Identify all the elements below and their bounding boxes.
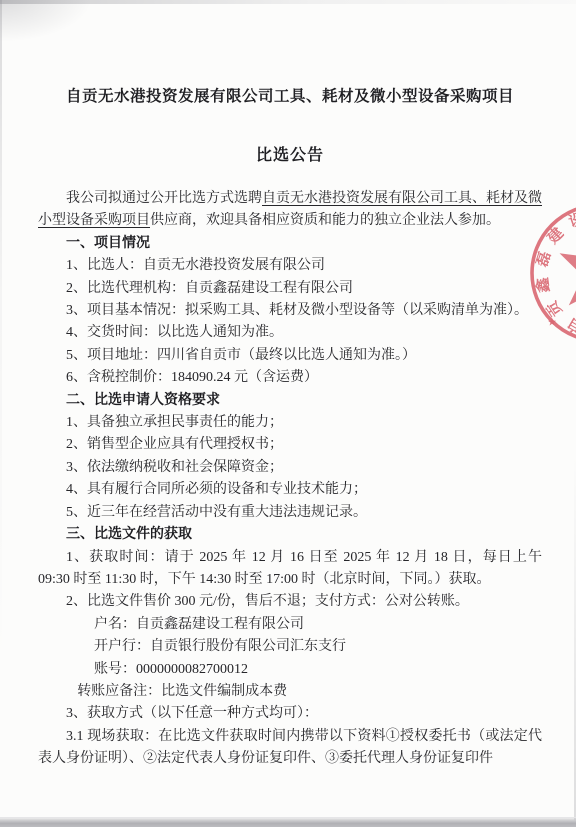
section1-heading: 一、项目情况 xyxy=(38,233,542,255)
scan-edge-bottom xyxy=(0,817,576,827)
bank-branch: 开户行：自贡银行股份有限公司汇东支行 xyxy=(38,636,542,658)
item-agency: 2、比选代理机构：自贡鑫磊建设工程有限公司 xyxy=(38,278,542,300)
req-no-violations: 5、近三年在经营活动中没有重大违法违规记录。 xyxy=(38,502,542,524)
document-body: 我公司拟通过公开比选方式选聘自贡无水港投资发展有限公司工具、耗材及微小型设备采购… xyxy=(38,188,542,771)
item-price-cap: 6、含税控制价：184090.24 元（含运费） xyxy=(38,367,542,389)
item-doc-price: 2、比选文件售价 300 元/份，售后不退；支付方式：公对公转账。 xyxy=(38,591,542,613)
document-content: 自贡无水港投资发展有限公司工具、耗材及微小型设备采购项目 比选公告 我公司拟通过… xyxy=(38,86,542,771)
intro-paragraph: 我公司拟通过公开比选方式选聘自贡无水港投资发展有限公司工具、耗材及微小型设备采购… xyxy=(38,188,542,233)
req-sales-authorization: 2、销售型企业应具有代理授权书； xyxy=(38,434,542,456)
bank-account-name: 户名：自贡鑫磊建设工程有限公司 xyxy=(38,614,542,636)
intro-suffix: 供应商，欢迎具备相应资质和能力的独立企业法人参加。 xyxy=(150,213,500,228)
seal-small-star-icon: ★ xyxy=(548,317,557,327)
scan-edge-top xyxy=(0,0,576,4)
req-tax-social-security: 3、依法缴纳税收和社会保障资金； xyxy=(38,457,542,479)
transfer-note: 转账应备注：比选文件编制成本费 xyxy=(38,681,542,703)
seal-star-icon xyxy=(553,222,576,315)
section3-heading: 三、比选文件的获取 xyxy=(38,524,542,546)
item-project-location: 5、项目地址：四川省自贡市（最终以比选人通知为准。） xyxy=(38,345,542,367)
scan-edge-left xyxy=(0,0,2,827)
page-subtitle: 比选公告 xyxy=(38,145,542,167)
intro-prefix: 我公司拟通过公开比选方式选聘 xyxy=(66,191,262,206)
section2-heading: 二、比选申请人资格要求 xyxy=(38,390,542,412)
item-delivery-time: 4、交货时间：以比选人通知为准。 xyxy=(38,322,542,344)
document-page: 自贡无水港投资发展有限公司工具、耗材及微小型设备采购项目 比选公告 我公司拟通过… xyxy=(0,0,576,827)
req-civil-liability: 1、具备独立承担民事责任的能力； xyxy=(38,412,542,434)
scan-corner-shadow xyxy=(0,0,150,80)
item-bidder: 1、比选人：自贡无水港投资发展有限公司 xyxy=(38,255,542,277)
item-obtain-time: 1、获取时间：请于 2025 年 12 月 16 日至 2025 年 12 月 … xyxy=(38,547,542,592)
item-onsite-obtain: 3.1 现场获取：在比选文件获取时间内携带以下资料①授权委托书（或法定代表人身份… xyxy=(38,726,542,771)
page-title: 自贡无水港投资发展有限公司工具、耗材及微小型设备采购项目 xyxy=(38,86,542,108)
item-project-overview: 3、项目基本情况：拟采购工具、耗材及微小型设备等（以采购清单为准）。 xyxy=(38,300,542,322)
req-equipment-capability: 4、具有履行合同所必须的设备和专业技术能力； xyxy=(38,479,542,501)
item-obtain-methods: 3、获取方式（以下任意一种方式均可）： xyxy=(38,703,542,725)
bank-account-number: 账号：0000000082700012 xyxy=(38,659,542,681)
